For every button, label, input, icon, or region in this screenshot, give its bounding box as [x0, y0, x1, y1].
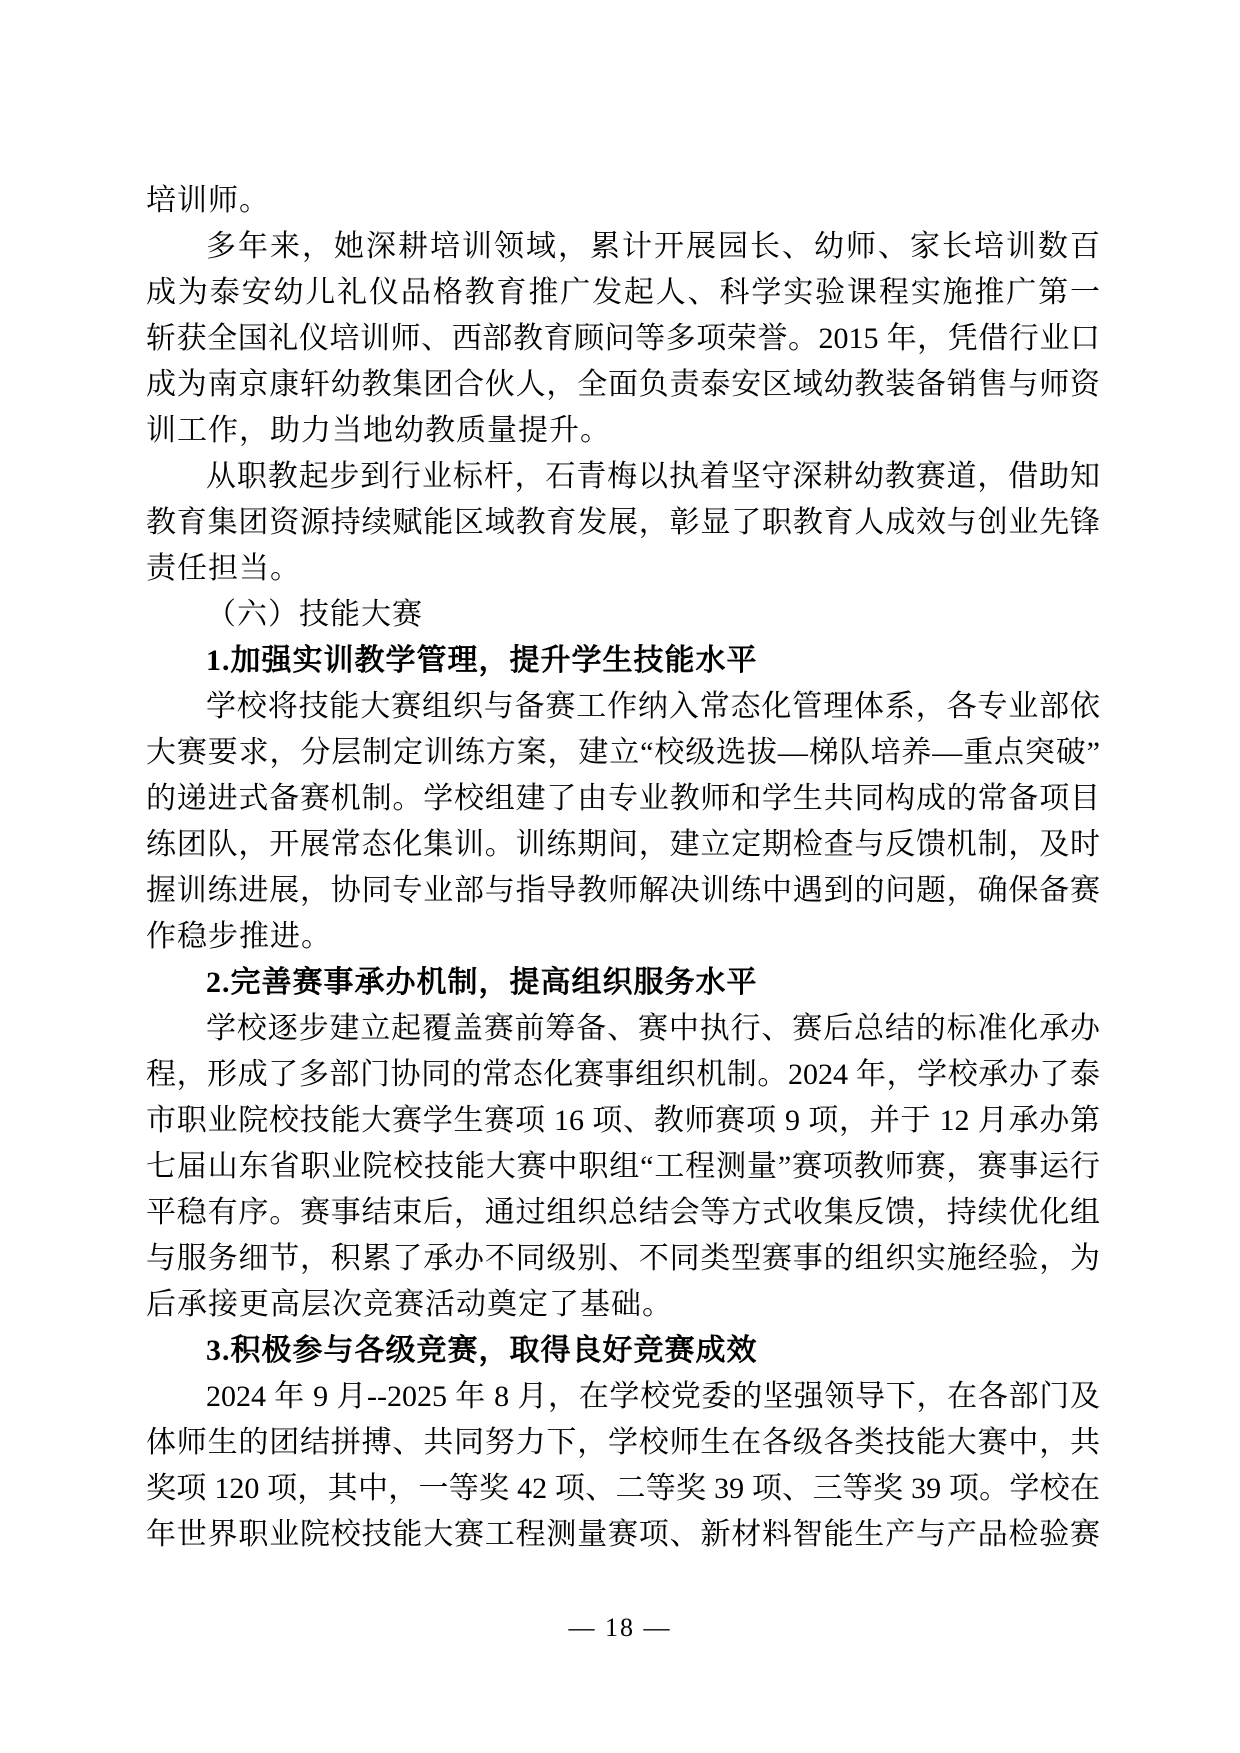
text-line: 平稳有序。赛事结束后，通过组织总结会等方式收集反馈，持续优化组织	[146, 1190, 1100, 1236]
text-line: 训工作，助力当地幼教质量提升。	[146, 408, 1100, 454]
numbered-heading-3: 3.积极参与各级竞赛，取得良好竞赛成效	[146, 1328, 1100, 1374]
text-line: 大赛要求，分层制定训练方案，建立“校级选拔—梯队培养—重点突破”	[146, 730, 1100, 776]
text-line: 责任担当。	[146, 546, 1100, 592]
text-line: 成为泰安幼儿礼仪品格教育推广发起人、科学实验课程实施推广第一人，	[146, 270, 1100, 316]
page-number: — 18 —	[0, 1605, 1240, 1651]
text-line: 从职教起步到行业标杆，石青梅以执着坚守深耕幼教赛道，借助知名	[146, 454, 1100, 500]
text-line: 程，形成了多部门协同的常态化赛事组织机制。2024 年，学校承办了泰安	[146, 1052, 1100, 1098]
text-line: 培训师。	[146, 178, 1100, 224]
text-line: 体师生的团结拼搏、共同努力下，学校师生在各级各类技能大赛中，共获	[146, 1420, 1100, 1466]
text-line: 2024 年 9 月--2025 年 8 月，在学校党委的坚强领导下，在各部门及…	[146, 1374, 1100, 1420]
text-line: 学校逐步建立起覆盖赛前筹备、赛中执行、赛后总结的标准化承办流	[146, 1006, 1100, 1052]
text-line: 学校将技能大赛组织与备赛工作纳入常态化管理体系，各专业部依据	[146, 684, 1100, 730]
text-line: 后承接更高层次竞赛活动奠定了基础。	[146, 1282, 1100, 1328]
text-line: 作稳步推进。	[146, 914, 1100, 960]
text-line: 的递进式备赛机制。学校组建了由专业教师和学生共同构成的常备项目训	[146, 776, 1100, 822]
text-line: 年世界职业院校技能大赛工程测量赛项、新材料智能生产与产品检验赛项	[146, 1512, 1100, 1558]
subsection-heading: （六）技能大赛	[146, 592, 1100, 638]
text-line: 多年来，她深耕培训领域，累计开展园长、幼师、家长培训数百场，	[146, 224, 1100, 270]
text-line: 成为南京康轩幼教集团合伙人，全面负责泰安区域幼教装备销售与师资培	[146, 362, 1100, 408]
document-body: 培训师。 多年来，她深耕培训领域，累计开展园长、幼师、家长培训数百场， 成为泰安…	[146, 178, 1100, 1558]
text-line: 市职业院校技能大赛学生赛项 16 项、教师赛项 9 项，并于 12 月承办第十	[146, 1098, 1100, 1144]
text-line: 与服务细节，积累了承办不同级别、不同类型赛事的组织实施经验，为今	[146, 1236, 1100, 1282]
text-line: 教育集团资源持续赋能区域教育发展，彰显了职教育人成效与创业先锋的	[146, 500, 1100, 546]
numbered-heading-2: 2.完善赛事承办机制，提高组织服务水平	[146, 960, 1100, 1006]
text-line: 七届山东省职业院校技能大赛中职组“工程测量”赛项教师赛，赛事运行	[146, 1144, 1100, 1190]
text-line: 斩获全国礼仪培训师、西部教育顾问等多项荣誉。2015 年，凭借行业口碑	[146, 316, 1100, 362]
document-page: 培训师。 多年来，她深耕培训领域，累计开展园长、幼师、家长培训数百场， 成为泰安…	[0, 0, 1240, 1753]
text-line: 练团队，开展常态化集训。训练期间，建立定期检查与反馈机制，及时掌	[146, 822, 1100, 868]
text-line: 奖项 120 项，其中，一等奖 42 项、二等奖 39 项、三等奖 39 项。学…	[146, 1466, 1100, 1512]
text-line: 握训练进展，协同专业部与指导教师解决训练中遇到的问题，确保备赛工	[146, 868, 1100, 914]
numbered-heading-1: 1.加强实训教学管理，提升学生技能水平	[146, 638, 1100, 684]
